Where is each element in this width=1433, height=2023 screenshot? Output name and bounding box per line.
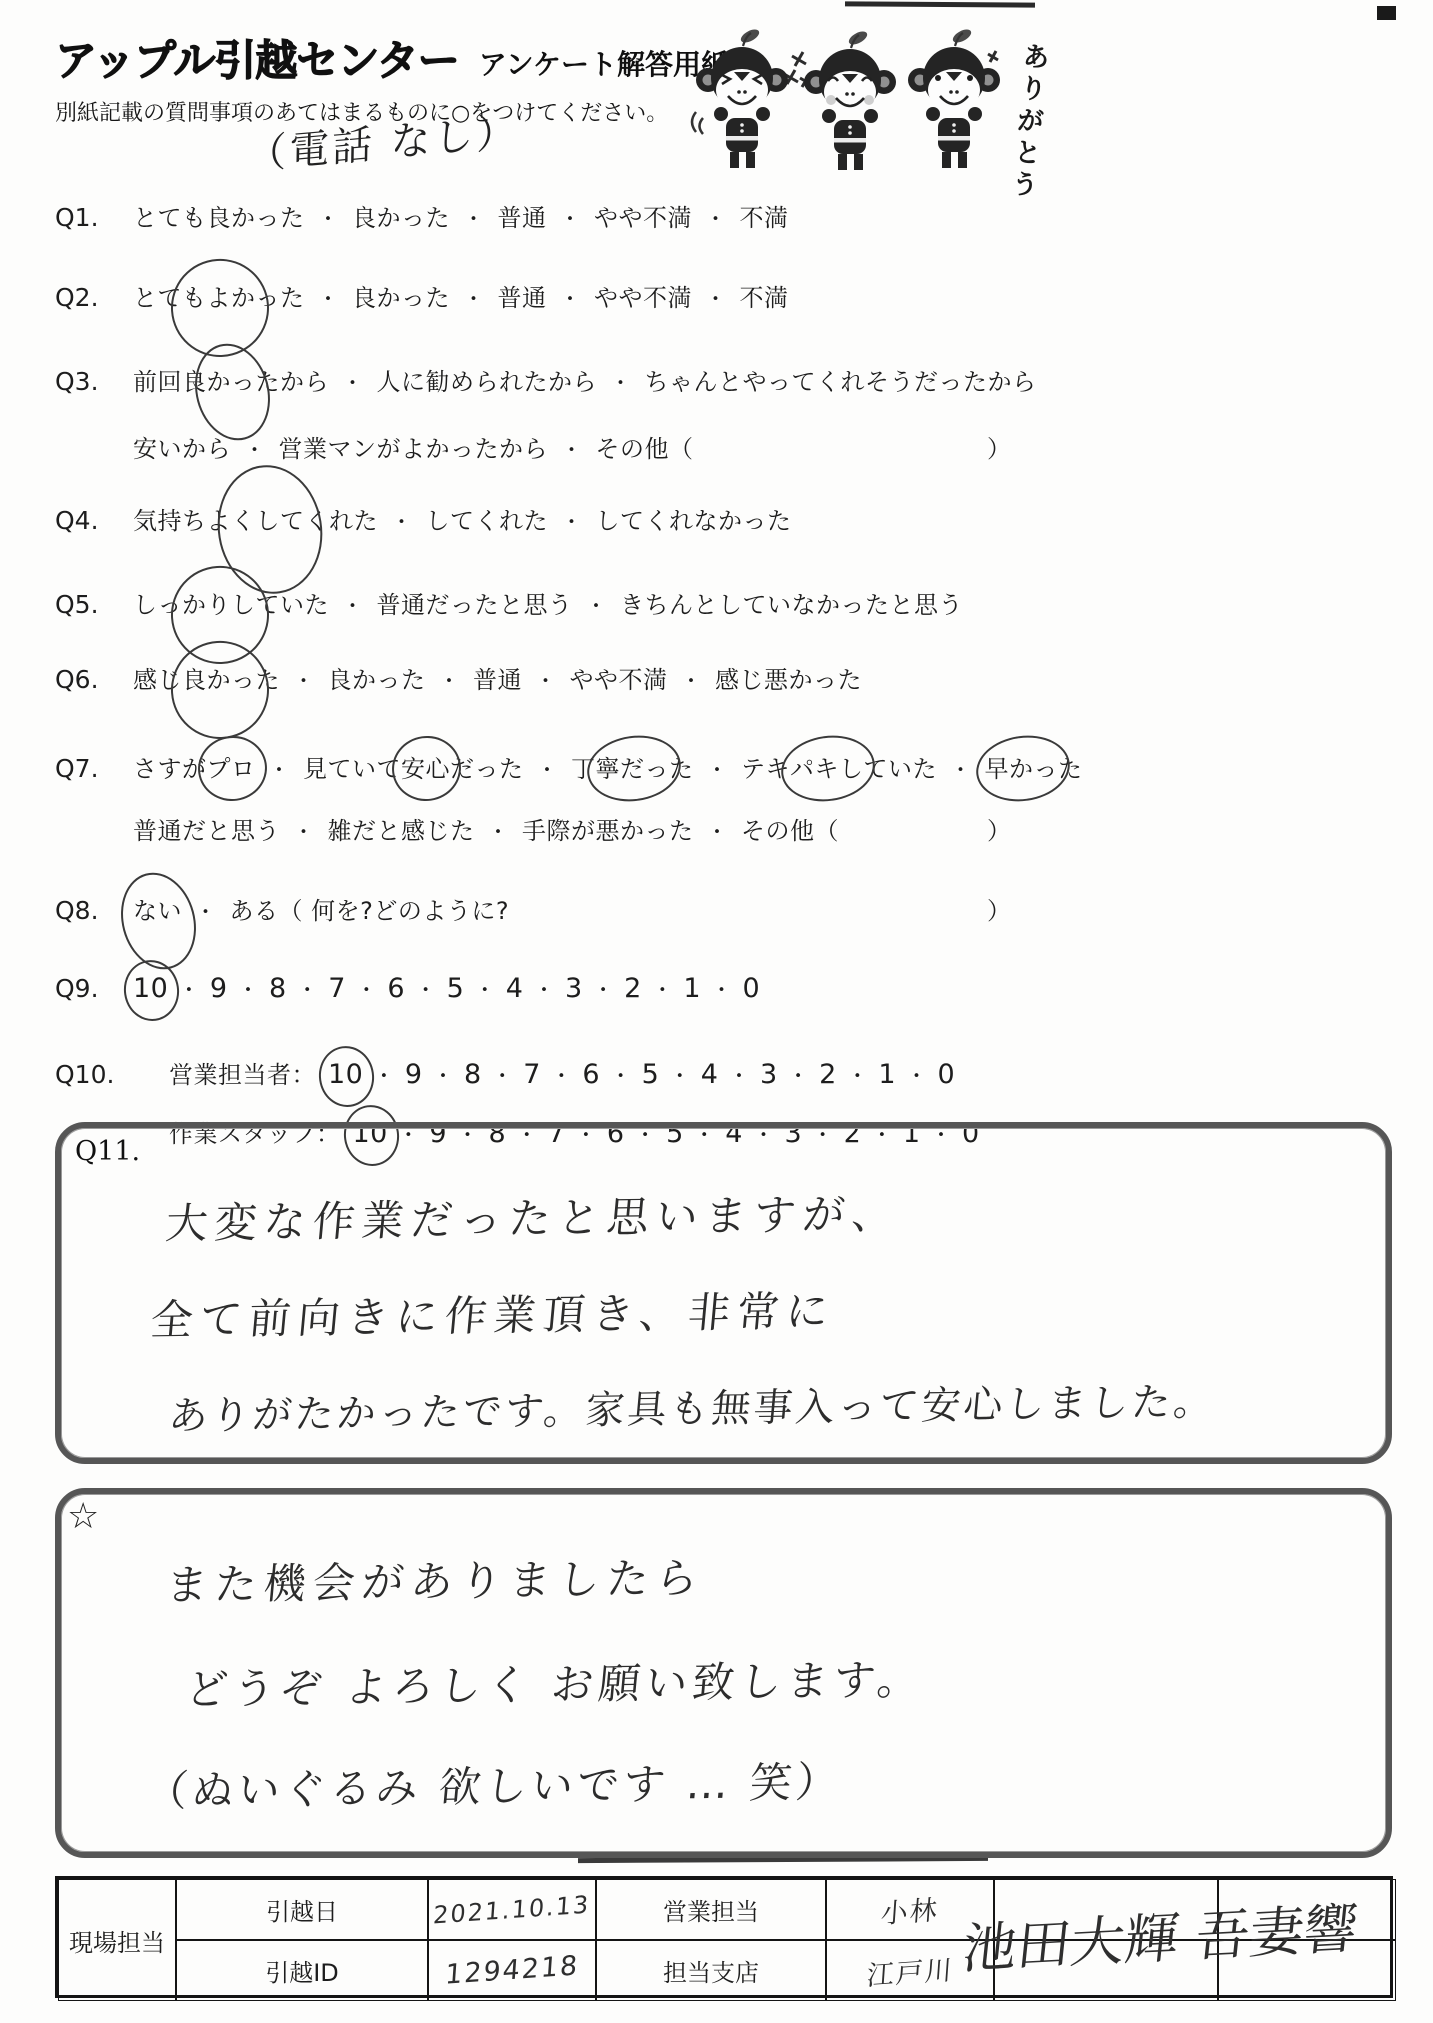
move-id-value: 1294218 <box>444 1950 580 1991</box>
separator-dot: ・ <box>652 974 674 1004</box>
star-comment-box: ☆ また機会がありましたら どうぞ よろしく お願い致します。 （ぬいぐるみ 欲… <box>55 1488 1392 1858</box>
separator-dot: ・ <box>195 896 217 926</box>
option: 1 <box>878 1059 896 1090</box>
separator-dot: ・ <box>707 754 729 784</box>
question-line-q8: Q8.ない・ある（ 何を?どのように?） <box>55 891 1395 925</box>
option: 9 <box>405 1059 423 1090</box>
question-options: とても良かった・良かった・普通・やや不満・不満 <box>133 198 789 233</box>
handwritten-circle: かりし <box>182 585 256 620</box>
handwritten-circle: パキし <box>790 749 864 784</box>
option: 普通 <box>498 198 547 233</box>
option-text: 感じ <box>133 666 182 694</box>
question-options: ない・ある（ 何を?どのように? <box>133 891 509 926</box>
option-text: た <box>669 755 694 783</box>
option: 良かった <box>352 278 450 313</box>
scan-artifact-top <box>845 1 1035 7</box>
separator-dot: ・ <box>561 506 583 536</box>
closing-paren: ） <box>987 891 1011 926</box>
question-line-q9: Q9.10・9・8・7・6・5・4・3・2・1・0 <box>55 973 1395 1007</box>
questions-list: Q1.とても良かった・良かった・普通・やや不満・不満Q2.とてもよかった・良かっ… <box>55 168 1395 1148</box>
option-text: ていた <box>864 755 938 783</box>
question-label: Q5. <box>55 590 133 619</box>
question-options: 感じ良かった・良かった・普通・やや不満・感じ悪かった <box>133 660 862 695</box>
question-line-q2: Q2.とてもよかった・良かった・普通・やや不満・不満 <box>55 278 1395 312</box>
option-text: った <box>256 284 305 312</box>
handwritten-circle: 10 <box>328 1059 363 1090</box>
option-text: だった <box>450 755 524 783</box>
q11-label: Q11. <box>75 1136 140 1167</box>
option: その他（ <box>741 811 839 846</box>
question-line-q3b: 安いから・営業マンがよかったから・その他（） <box>55 429 1395 463</box>
separator-dot: ・ <box>238 974 260 1004</box>
handwritten-circle: 良かっ <box>182 660 256 695</box>
separator-dot: ・ <box>705 203 727 233</box>
separator-dot: ・ <box>728 1060 750 1090</box>
question-line-q1: Q1.とても良かった・良かった・普通・やや不満・不満 <box>55 198 1395 232</box>
handwritten-circle: ない <box>133 891 182 926</box>
sales-rep-value: 小林 <box>880 1888 941 1931</box>
question-line-q7b: 普通だと思う・雑だと感じた・手際が悪かった・その他（） <box>55 811 1395 845</box>
option: 4 <box>701 1059 719 1090</box>
star-icon: ☆ <box>67 1496 99 1537</box>
option: 4 <box>506 973 524 1004</box>
option-text: さすが <box>133 755 207 783</box>
option: 良かった <box>328 660 426 695</box>
question-options: 普通だと思う・雑だと感じた・手際が悪かった・その他（ <box>133 811 839 846</box>
separator-dot: ・ <box>463 203 485 233</box>
question-label: Q2. <box>55 283 133 312</box>
option: 雑だと感じた <box>328 811 475 846</box>
option: 丁寧だった <box>571 749 694 784</box>
option: 不満 <box>740 198 789 233</box>
option: 5 <box>642 1059 660 1090</box>
handwritten-line: どうぞ よろしく お願い致します。 <box>183 1647 927 1717</box>
option: 8 <box>269 973 287 1004</box>
option: ちゃんとやってくれそうだったから <box>645 362 1037 397</box>
option: 早かった <box>985 749 1083 784</box>
handwritten-circle: もよか <box>182 278 256 313</box>
separator-dot: ・ <box>439 665 461 695</box>
option-text: とて <box>133 284 182 312</box>
option: 良かった <box>352 198 450 233</box>
separator-dot: ・ <box>293 665 315 695</box>
option: 6 <box>387 973 405 1004</box>
question-options: 営業担当者：10・9・8・7・6・5・4・3・2・1・0 <box>133 1055 955 1090</box>
separator-dot: ・ <box>293 816 315 846</box>
option: してくれた <box>426 501 549 536</box>
question-options: とてもよかった・良かった・普通・やや不満・不満 <box>133 278 789 313</box>
option: 10 <box>133 973 168 1004</box>
site-crew-label: 現場担当 <box>58 1879 176 2001</box>
question-options: 10・9・8・7・6・5・4・3・2・1・0 <box>133 973 760 1004</box>
separator-dot: ・ <box>474 974 496 1004</box>
handwritten-circle: 早かっ <box>985 749 1059 784</box>
question-line-q10a: Q10.営業担当者：10・9・8・7・6・5・4・3・2・1・0 <box>55 1055 1395 1089</box>
separator-dot: ・ <box>681 665 703 695</box>
separator-dot: ・ <box>244 434 266 464</box>
option: 3 <box>565 973 583 1004</box>
branch-label: 担当支店 <box>596 1940 826 2001</box>
separator-dot: ・ <box>560 283 582 313</box>
option: 1 <box>683 973 701 1004</box>
question-line-q7a: Q7.さすがプロ・見ていて安心だった・丁寧だった・テキパキしていた・早かった <box>55 749 1395 783</box>
option: ある（ 何を?どのように? <box>230 891 510 926</box>
option: 2 <box>819 1059 837 1090</box>
separator-dot: ・ <box>551 1060 573 1090</box>
separator-dot: ・ <box>593 974 615 1004</box>
separator-dot: ・ <box>178 974 200 1004</box>
option-text: た <box>256 666 281 694</box>
option: とても良かった <box>133 198 305 233</box>
question-label: Q4. <box>55 506 133 535</box>
option: 人に勧められたから <box>377 362 598 397</box>
question-label: Q6. <box>55 665 133 694</box>
scan-artifact-corner <box>1377 6 1396 20</box>
option-group-prefix: 営業担当者： <box>169 1055 316 1090</box>
option: 営業マンがよかったから <box>279 429 549 464</box>
option-text: 気持ちよ <box>133 507 231 535</box>
separator-dot: ・ <box>433 1060 455 1090</box>
question-options: 安いから・営業マンがよかったから・その他（ <box>133 429 694 464</box>
separator-dot: ・ <box>533 974 555 1004</box>
option: その他（ <box>596 429 694 464</box>
closing-paren: ） <box>987 429 1011 464</box>
handwritten-circle: 寧だっ <box>596 749 670 784</box>
option: 9 <box>210 973 228 1004</box>
q11-comment-box: Q11. 大変な作業だったと思いますが、 全て前向きに作業頂き、非常に ありがた… <box>55 1122 1392 1464</box>
option: 手際が悪かった <box>522 811 694 846</box>
handwritten-line: また機会がありましたら <box>163 1545 707 1613</box>
option: 7 <box>523 1059 541 1090</box>
option: さすがプロ <box>133 749 256 784</box>
question-line-q3a: Q3.前回良かったから・人に勧められたから・ちゃんとやってくれそうだったから <box>55 362 1395 396</box>
option: やや不満 <box>594 278 692 313</box>
handwritten-line: 大変な作業だったと思いますが、 <box>163 1181 903 1251</box>
separator-dot: ・ <box>610 367 632 397</box>
option: 3 <box>760 1059 778 1090</box>
separator-dot: ・ <box>342 590 364 620</box>
option-text: ていた <box>256 591 330 619</box>
option: 普通だと思う <box>133 811 280 846</box>
option-text: 前回良 <box>133 368 207 396</box>
separator-dot: ・ <box>463 283 485 313</box>
question-line-q4: Q4.気持ちよくしてくれた・してくれた・してくれなかった <box>55 501 1395 535</box>
option-text: くれた <box>305 507 379 535</box>
brand-title: アップル引越センター <box>55 28 459 88</box>
question-label: Q10. <box>55 1060 133 1089</box>
separator-dot: ・ <box>269 754 291 784</box>
option-text: たから <box>256 368 330 396</box>
option: 感じ良かった <box>133 660 280 695</box>
option: 普通だったと思う <box>377 585 573 620</box>
option: 普通 <box>498 278 547 313</box>
option-text: テキ <box>741 755 790 783</box>
separator-dot: ・ <box>788 1060 810 1090</box>
option: ない <box>133 891 182 926</box>
separator-dot: ・ <box>705 283 727 313</box>
option: テキパキしていた <box>741 749 937 784</box>
separator-dot: ・ <box>669 1060 691 1090</box>
separator-dot: ・ <box>586 590 608 620</box>
option: 不満 <box>740 278 789 313</box>
handwritten-circle: 安心 <box>401 749 450 784</box>
handwritten-line: （ぬいぐるみ 欲しいです … 笑） <box>143 1749 844 1819</box>
option: 見ていて安心だった <box>303 749 524 784</box>
separator-dot: ・ <box>537 754 559 784</box>
option: きちんとしていなかったと思う <box>620 585 963 620</box>
separator-dot: ・ <box>492 1060 514 1090</box>
monkey-mascots-icon <box>688 20 1006 188</box>
option: 安いから <box>133 429 231 464</box>
question-options: しっかりしていた・普通だったと思う・きちんとしていなかったと思う <box>133 585 963 620</box>
question-options: さすがプロ・見ていて安心だった・丁寧だった・テキパキしていた・早かった <box>133 749 1083 784</box>
handwritten-line: ありがたかったです。家具も無事入って安心しました。 <box>166 1371 1218 1442</box>
separator-dot: ・ <box>950 754 972 784</box>
separator-dot: ・ <box>391 506 413 536</box>
separator-dot: ・ <box>906 1060 928 1090</box>
option: とてもよかった <box>133 278 305 313</box>
question-options: 前回良かったから・人に勧められたから・ちゃんとやってくれそうだったから <box>133 362 1037 397</box>
option: しっかりしていた <box>133 585 329 620</box>
option: 気持ちよくしてくれた <box>133 501 378 536</box>
separator-dot: ・ <box>342 367 364 397</box>
header: アップル引越センター アンケート解答用紙 <box>55 28 729 88</box>
option: やや不満 <box>594 198 692 233</box>
separator-dot: ・ <box>318 203 340 233</box>
sales-rep-label: 営業担当 <box>596 1879 826 1940</box>
option: してくれなかった <box>596 501 792 536</box>
question-label: Q8. <box>55 896 133 925</box>
question-label: Q7. <box>55 754 133 783</box>
option-text: た <box>1058 755 1083 783</box>
option: やや不満 <box>570 660 668 695</box>
separator-dot: ・ <box>415 974 437 1004</box>
question-label: Q9. <box>55 974 133 1003</box>
option: 普通 <box>473 660 522 695</box>
handwritten-circle: くして <box>231 501 305 536</box>
separator-dot: ・ <box>847 1060 869 1090</box>
question-line-q6: Q6.感じ良かった・良かった・普通・やや不満・感じ悪かった <box>55 660 1395 694</box>
handwritten-line: 全て前向きに作業頂き、非常に <box>148 1278 838 1348</box>
question-label: Q3. <box>55 367 133 396</box>
option: 2 <box>624 973 642 1004</box>
move-id-label: 引越ID <box>176 1940 428 2001</box>
question-line-q5: Q5.しっかりしていた・普通だったと思う・きちんとしていなかったと思う <box>55 585 1395 619</box>
option-text: しっ <box>133 591 182 619</box>
option: 5 <box>447 973 465 1004</box>
option: 0 <box>743 973 761 1004</box>
question-label: Q1. <box>55 203 133 232</box>
closing-paren: ） <box>987 811 1011 846</box>
separator-dot: ・ <box>561 434 583 464</box>
scanned-survey-page: アップル引越センター アンケート解答用紙 別紙記載の質問事項のあてはまるものに○… <box>0 0 1433 2023</box>
handwritten-circle: 10 <box>133 973 168 1004</box>
option: 8 <box>464 1059 482 1090</box>
option: 感じ悪かった <box>715 660 862 695</box>
separator-dot: ・ <box>297 974 319 1004</box>
separator-dot: ・ <box>560 203 582 233</box>
option: 7 <box>328 973 346 1004</box>
separator-dot: ・ <box>488 816 510 846</box>
separator-dot: ・ <box>373 1060 395 1090</box>
option: 0 <box>938 1059 956 1090</box>
option: 6 <box>582 1059 600 1090</box>
option-text: 見ていて <box>303 755 401 783</box>
separator-dot: ・ <box>711 974 733 1004</box>
separator-dot: ・ <box>610 1060 632 1090</box>
question-options: 気持ちよくしてくれた・してくれた・してくれなかった <box>133 501 792 536</box>
separator-dot: ・ <box>318 283 340 313</box>
separator-dot: ・ <box>356 974 378 1004</box>
footer-info-table: 引越日 2021.10.13 営業担当 小林 現場担当 引越ID 1294218… <box>55 1876 1393 1998</box>
move-date-label: 引越日 <box>176 1879 428 1940</box>
separator-dot: ・ <box>535 665 557 695</box>
handwritten-circle: かっ <box>207 362 256 397</box>
move-date-value: 2021.10.13 <box>432 1890 591 1929</box>
separator-dot: ・ <box>707 816 729 846</box>
branch-value: 江戸川 <box>865 1948 955 1993</box>
option: 前回良かったから <box>133 362 329 397</box>
option: 10 <box>328 1059 363 1090</box>
option-text: 丁 <box>571 755 596 783</box>
handwritten-circle: プロ <box>207 749 256 784</box>
